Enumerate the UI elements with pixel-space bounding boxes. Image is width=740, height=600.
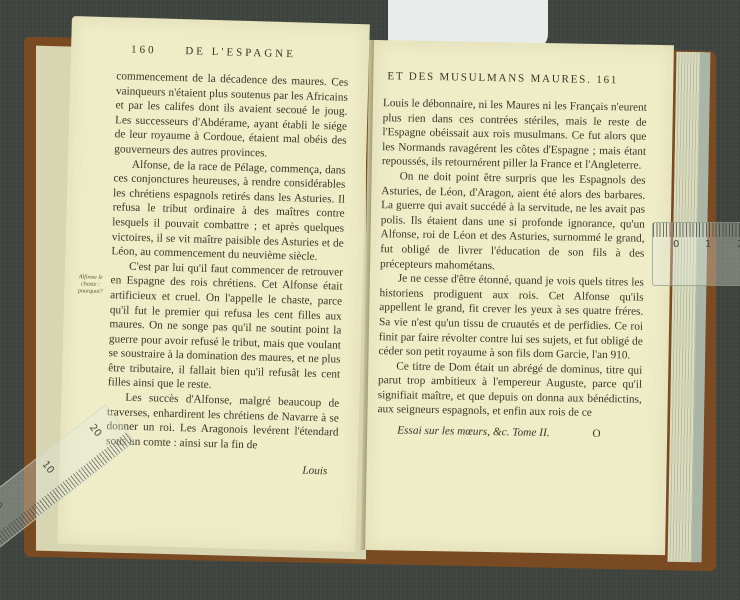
ruler-label: 0 <box>673 239 679 250</box>
marginal-annotation: Alfonse le chaste : pourquoi? <box>72 274 109 296</box>
paragraph: Louis le débonnaire, ni les Maures ni le… <box>382 96 647 174</box>
ruler-ticks <box>653 223 740 237</box>
running-head-right: ET DES MUSULMANS MAURES. 161 <box>387 70 618 86</box>
paragraph: On ne doit point être surpris que les Es… <box>380 169 646 276</box>
paragraph: Ce titre de Dom était un abrégé de domin… <box>377 359 642 422</box>
paragraph: Je ne cesse d'être étonné, quand je vois… <box>378 271 643 363</box>
ruler-label: 0 <box>0 501 4 513</box>
paragraph: C'est par lui qu'il faut commencer de re… <box>108 259 344 397</box>
page-number-left: 160 <box>131 44 157 57</box>
right-page: ET DES MUSULMANS MAURES. 161 Louis le dé… <box>365 40 674 555</box>
page-number-right: 161 <box>596 74 618 86</box>
running-title-right: ET DES MUSULMANS MAURES. <box>387 70 592 86</box>
ruler-label: 20 <box>87 422 104 439</box>
running-head-left: 160 DE L'ESPAGNE <box>131 44 296 61</box>
catchword: Louis <box>105 459 337 480</box>
paragraph: commencement de la décadence des maures.… <box>114 69 348 163</box>
signature-mark: O <box>592 428 600 440</box>
ruler-label: 1 <box>705 239 711 250</box>
paragraph: Alfonse, de la race de Pélage, commença,… <box>111 157 346 266</box>
book-title-signature: Essai sur les mœurs, &c. Tome II. <box>397 425 550 440</box>
left-page: 160 DE L'ESPAGNE Alfonse le chaste : pou… <box>57 16 370 552</box>
ruler-label: 10 <box>40 459 57 476</box>
paragraph: Les succès d'Alfonse, malgré beaucoup de… <box>106 390 340 455</box>
right-page-body: Louis le débonnaire, ni les Maures ni le… <box>377 96 647 442</box>
signature-line: Essai sur les mœurs, &c. Tome II. O <box>377 423 641 442</box>
running-title-left: DE L'ESPAGNE <box>185 45 296 60</box>
measuring-ruler-right: 0 1 2 <box>652 222 740 286</box>
left-page-body: commencement de la décadence des maures.… <box>105 69 348 479</box>
